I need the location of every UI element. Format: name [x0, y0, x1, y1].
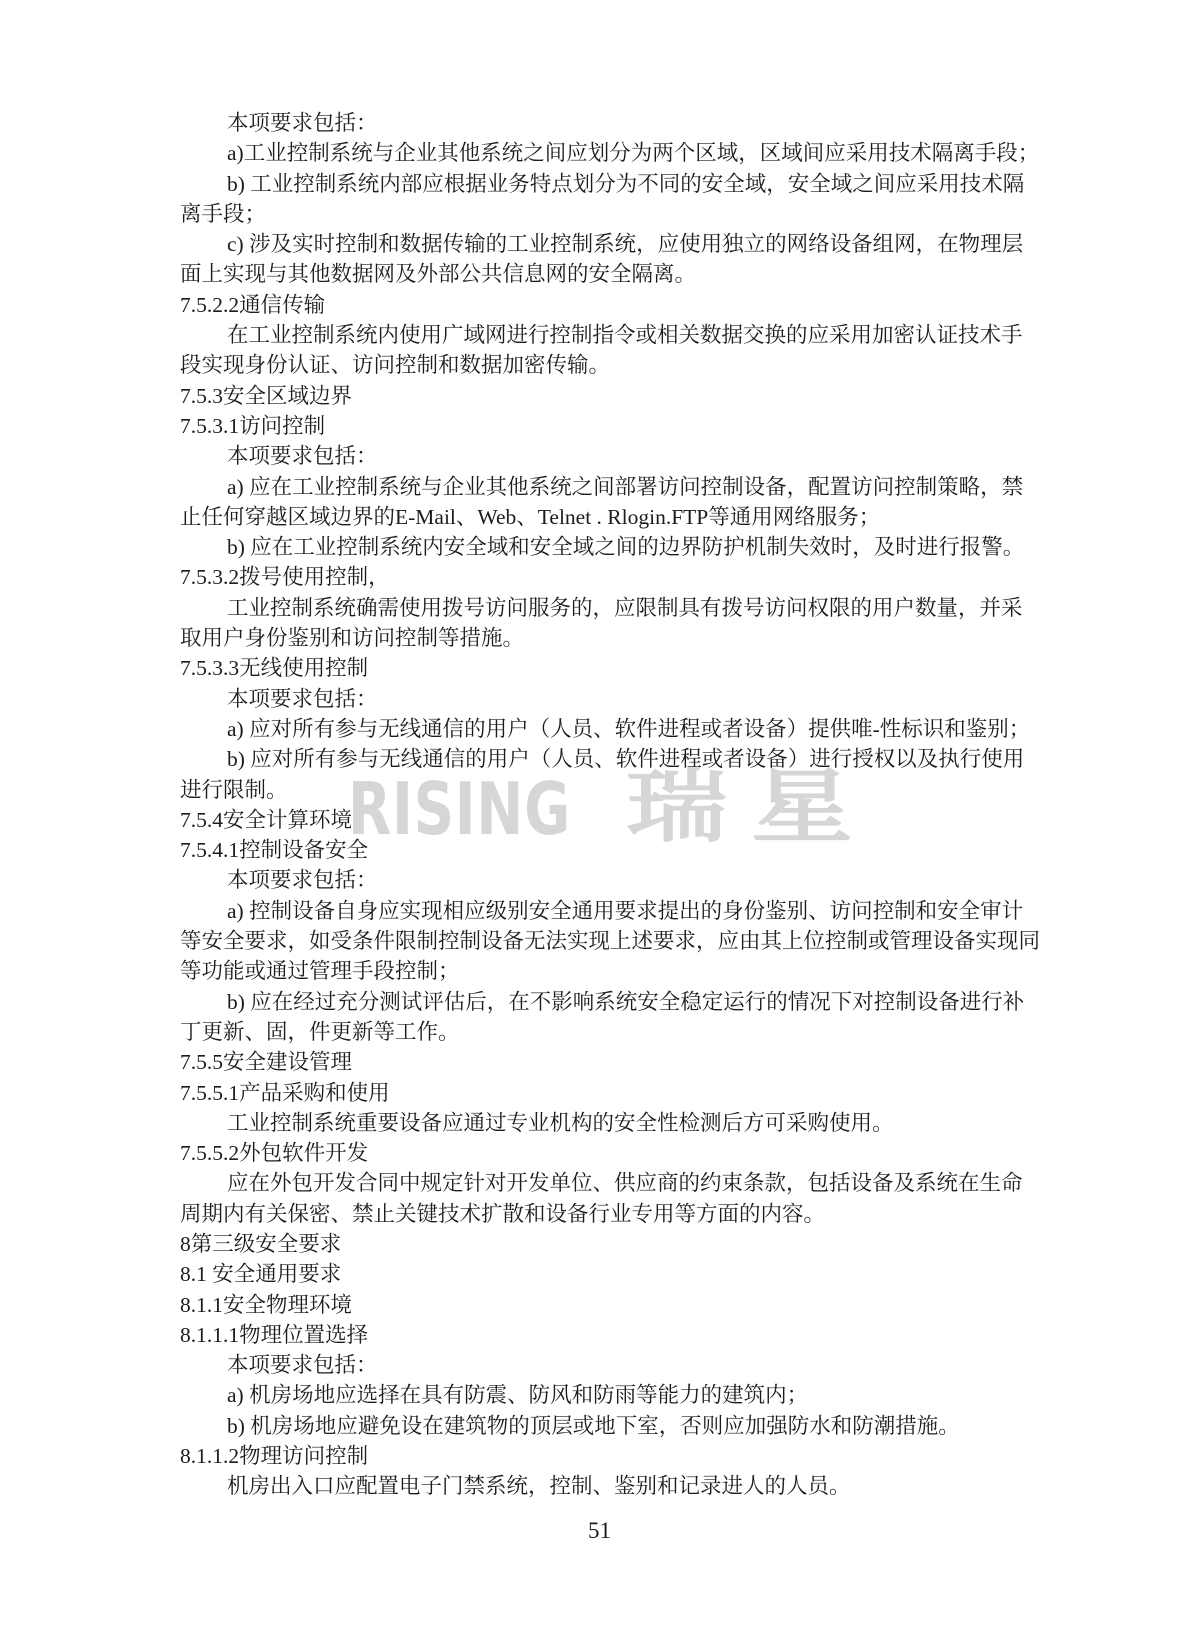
text-line: b) 应对所有参与无线通信的用户（人员、软件进程或者设备）进行授权以及执行使用: [180, 744, 1044, 774]
text-line: a)工业控制系统与企业其他系统之间应划分为两个区域，区域间应采用技术隔离手段；: [180, 138, 1044, 168]
text-line: 止任何穿越区域边界的E-Mail、Web、Telnet . Rlogin.FTP…: [180, 502, 1044, 532]
text-line: b) 应在经过充分测试评估后，在不影响系统安全稳定运行的情况下对控制设备进行补: [180, 987, 1044, 1017]
text-line: a) 应对所有参与无线通信的用户（人员、软件进程或者设备）提供唯-性标识和鉴别；: [180, 714, 1044, 744]
text-line: 丁更新、固，件更新等工作。: [180, 1017, 1044, 1047]
document-page: RISING 瑞星 本项要求包括：a)工业控制系统与企业其他系统之间应划分为两个…: [0, 0, 1199, 1627]
text-line: 8.1.1.1物理位置选择: [180, 1320, 1044, 1350]
text-line: c) 涉及实时控制和数据传输的工业控制系统，应使用独立的网络设备组网，在物理层: [180, 229, 1044, 259]
text-line: 7.5.2.2通信传输: [180, 290, 1044, 320]
text-line: 本项要求包括：: [180, 441, 1044, 471]
document-text-block: 本项要求包括：a)工业控制系统与企业其他系统之间应划分为两个区域，区域间应采用技…: [180, 108, 1044, 1502]
text-line: 7.5.5.1产品采购和使用: [180, 1078, 1044, 1108]
text-line: 面上实现与其他数据网及外部公共信息网的安全隔离。: [180, 259, 1044, 289]
text-line: 8.1.1.2物理访问控制: [180, 1441, 1044, 1471]
text-line: 7.5.4安全计算环境: [180, 805, 1044, 835]
text-line: 本项要求包括：: [180, 1350, 1044, 1380]
text-line: 周期内有关保密、禁止关键技术扩散和设备行业专用等方面的内容。: [180, 1199, 1044, 1229]
text-line: 7.5.3.3无线使用控制: [180, 653, 1044, 683]
text-line: 等功能或通过管理手段控制；: [180, 956, 1044, 986]
text-line: a) 机房场地应选择在具有防震、防风和防雨等能力的建筑内；: [180, 1380, 1044, 1410]
text-line: 8第三级安全要求: [180, 1229, 1044, 1259]
text-line: 在工业控制系统内使用广域网进行控制指令或相关数据交换的应采用加密认证技术手: [180, 320, 1044, 350]
text-line: a) 应在工业控制系统与企业其他系统之间部署访问控制设备，配置访问控制策略，禁: [180, 472, 1044, 502]
text-line: b) 应在工业控制系统内安全域和安全域之间的边界防护机制失效时，及时进行报警。: [180, 532, 1044, 562]
text-line: 本项要求包括：: [180, 108, 1044, 138]
text-line: 段实现身份认证、访问控制和数据加密传输。: [180, 350, 1044, 380]
text-line: 7.5.5安全建设管理: [180, 1047, 1044, 1077]
text-line: 机房出入口应配置电子门禁系统，控制、鉴别和记录进人的人员。: [180, 1471, 1044, 1501]
text-line: 7.5.4.1控制设备安全: [180, 835, 1044, 865]
text-line: 本项要求包括：: [180, 865, 1044, 895]
text-line: 等安全要求，如受条件限制控制设备无法实现上述要求，应由其上位控制或管理设备实现同: [180, 926, 1044, 956]
text-line: 工业控制系统确需使用拨号访问服务的，应限制具有拨号访问权限的用户数量，并采: [180, 593, 1044, 623]
text-line: 8.1.1安全物理环境: [180, 1290, 1044, 1320]
text-line: b) 机房场地应避免设在建筑物的顶层或地下室，否则应加强防水和防潮措施。: [180, 1411, 1044, 1441]
page-number: 51: [0, 1518, 1199, 1544]
text-line: 7.5.3.2拨号使用控制，: [180, 562, 1044, 592]
text-line: 取用户身份鉴别和访问控制等措施。: [180, 623, 1044, 653]
text-line: 8.1 安全通用要求: [180, 1259, 1044, 1289]
text-line: 7.5.5.2外包软件开发: [180, 1138, 1044, 1168]
text-line: 7.5.3安全区域边界: [180, 381, 1044, 411]
text-line: 应在外包开发合同中规定针对开发单位、供应商的约束条款，包括设备及系统在生命: [180, 1168, 1044, 1198]
text-line: 离手段；: [180, 199, 1044, 229]
text-line: 工业控制系统重要设备应通过专业机构的安全性检测后方可采购使用。: [180, 1108, 1044, 1138]
text-line: 进行限制。: [180, 775, 1044, 805]
text-line: a) 控制设备自身应实现相应级别安全通用要求提出的身份鉴别、访问控制和安全审计: [180, 896, 1044, 926]
text-line: b) 工业控制系统内部应根据业务特点划分为不同的安全域，安全域之间应采用技术隔: [180, 169, 1044, 199]
text-line: 7.5.3.1访问控制: [180, 411, 1044, 441]
text-line: 本项要求包括：: [180, 684, 1044, 714]
